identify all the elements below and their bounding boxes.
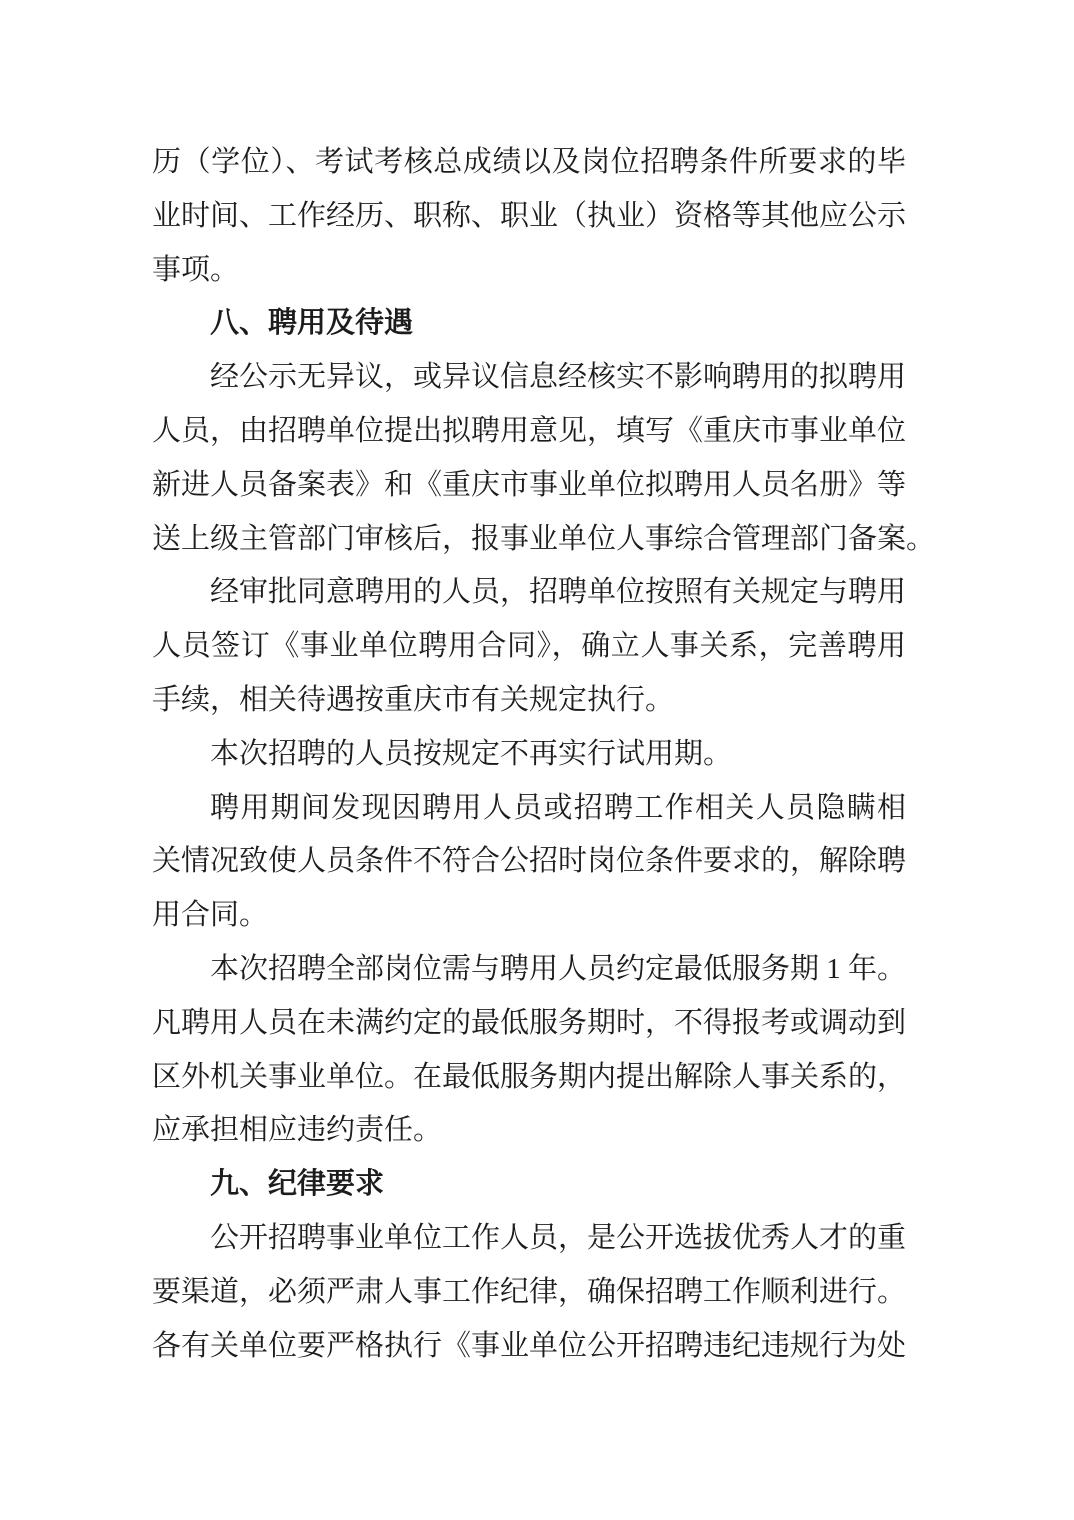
text-line: 人员签订《事业单位聘用合同》，确立人事关系，完善聘用 bbox=[152, 620, 906, 674]
text-line: 关情况致使人员条件不符合公招时岗位条件要求的，解除聘 bbox=[152, 835, 906, 889]
text-line: 应承担相应违约责任。 bbox=[152, 1104, 906, 1158]
text-line: 聘用期间发现因聘用人员或招聘工作相关人员隐瞒相 bbox=[152, 782, 906, 836]
text-line: 用合同。 bbox=[152, 889, 906, 943]
document-text-column: 历（学位）、考试考核总成绩以及岗位招聘条件所要求的毕业时间、工作经历、职称、职业… bbox=[152, 136, 906, 1373]
text-line: 新进人员备案表》和《重庆市事业单位拟聘用人员名册》等 bbox=[152, 459, 906, 513]
text-line: 人员，由招聘单位提出拟聘用意见，填写《重庆市事业单位 bbox=[152, 405, 906, 459]
section-heading: 九、纪律要求 bbox=[152, 1158, 906, 1212]
text-line: 凡聘用人员在未满约定的最低服务期时，不得报考或调动到 bbox=[152, 997, 906, 1051]
section-heading: 八、聘用及待遇 bbox=[152, 297, 906, 351]
document-page: 历（学位）、考试考核总成绩以及岗位招聘条件所要求的毕业时间、工作经历、职称、职业… bbox=[0, 0, 1074, 1520]
text-line: 各有关单位要严格执行《事业单位公开招聘违纪违规行为处 bbox=[152, 1320, 906, 1374]
text-line: 事项。 bbox=[152, 244, 906, 298]
text-line: 业时间、工作经历、职称、职业（执业）资格等其他应公示 bbox=[152, 190, 906, 244]
text-line: 经审批同意聘用的人员，招聘单位按照有关规定与聘用 bbox=[152, 566, 906, 620]
text-line: 区外机关事业单位。在最低服务期内提出解除人事关系的， bbox=[152, 1051, 906, 1105]
text-line: 手续，相关待遇按重庆市有关规定执行。 bbox=[152, 674, 906, 728]
text-line: 要渠道，必须严肃人事工作纪律，确保招聘工作顺利进行。 bbox=[152, 1266, 906, 1320]
text-line: 公开招聘事业单位工作人员，是公开选拔优秀人才的重 bbox=[152, 1212, 906, 1266]
text-line: 本次招聘的人员按规定不再实行试用期。 bbox=[152, 728, 906, 782]
text-line: 送上级主管部门审核后，报事业单位人事综合管理部门备案。 bbox=[152, 513, 906, 567]
text-line: 本次招聘全部岗位需与聘用人员约定最低服务期 1 年。 bbox=[152, 943, 906, 997]
text-line: 经公示无异议，或异议信息经核实不影响聘用的拟聘用 bbox=[152, 351, 906, 405]
text-line: 历（学位）、考试考核总成绩以及岗位招聘条件所要求的毕 bbox=[152, 136, 906, 190]
